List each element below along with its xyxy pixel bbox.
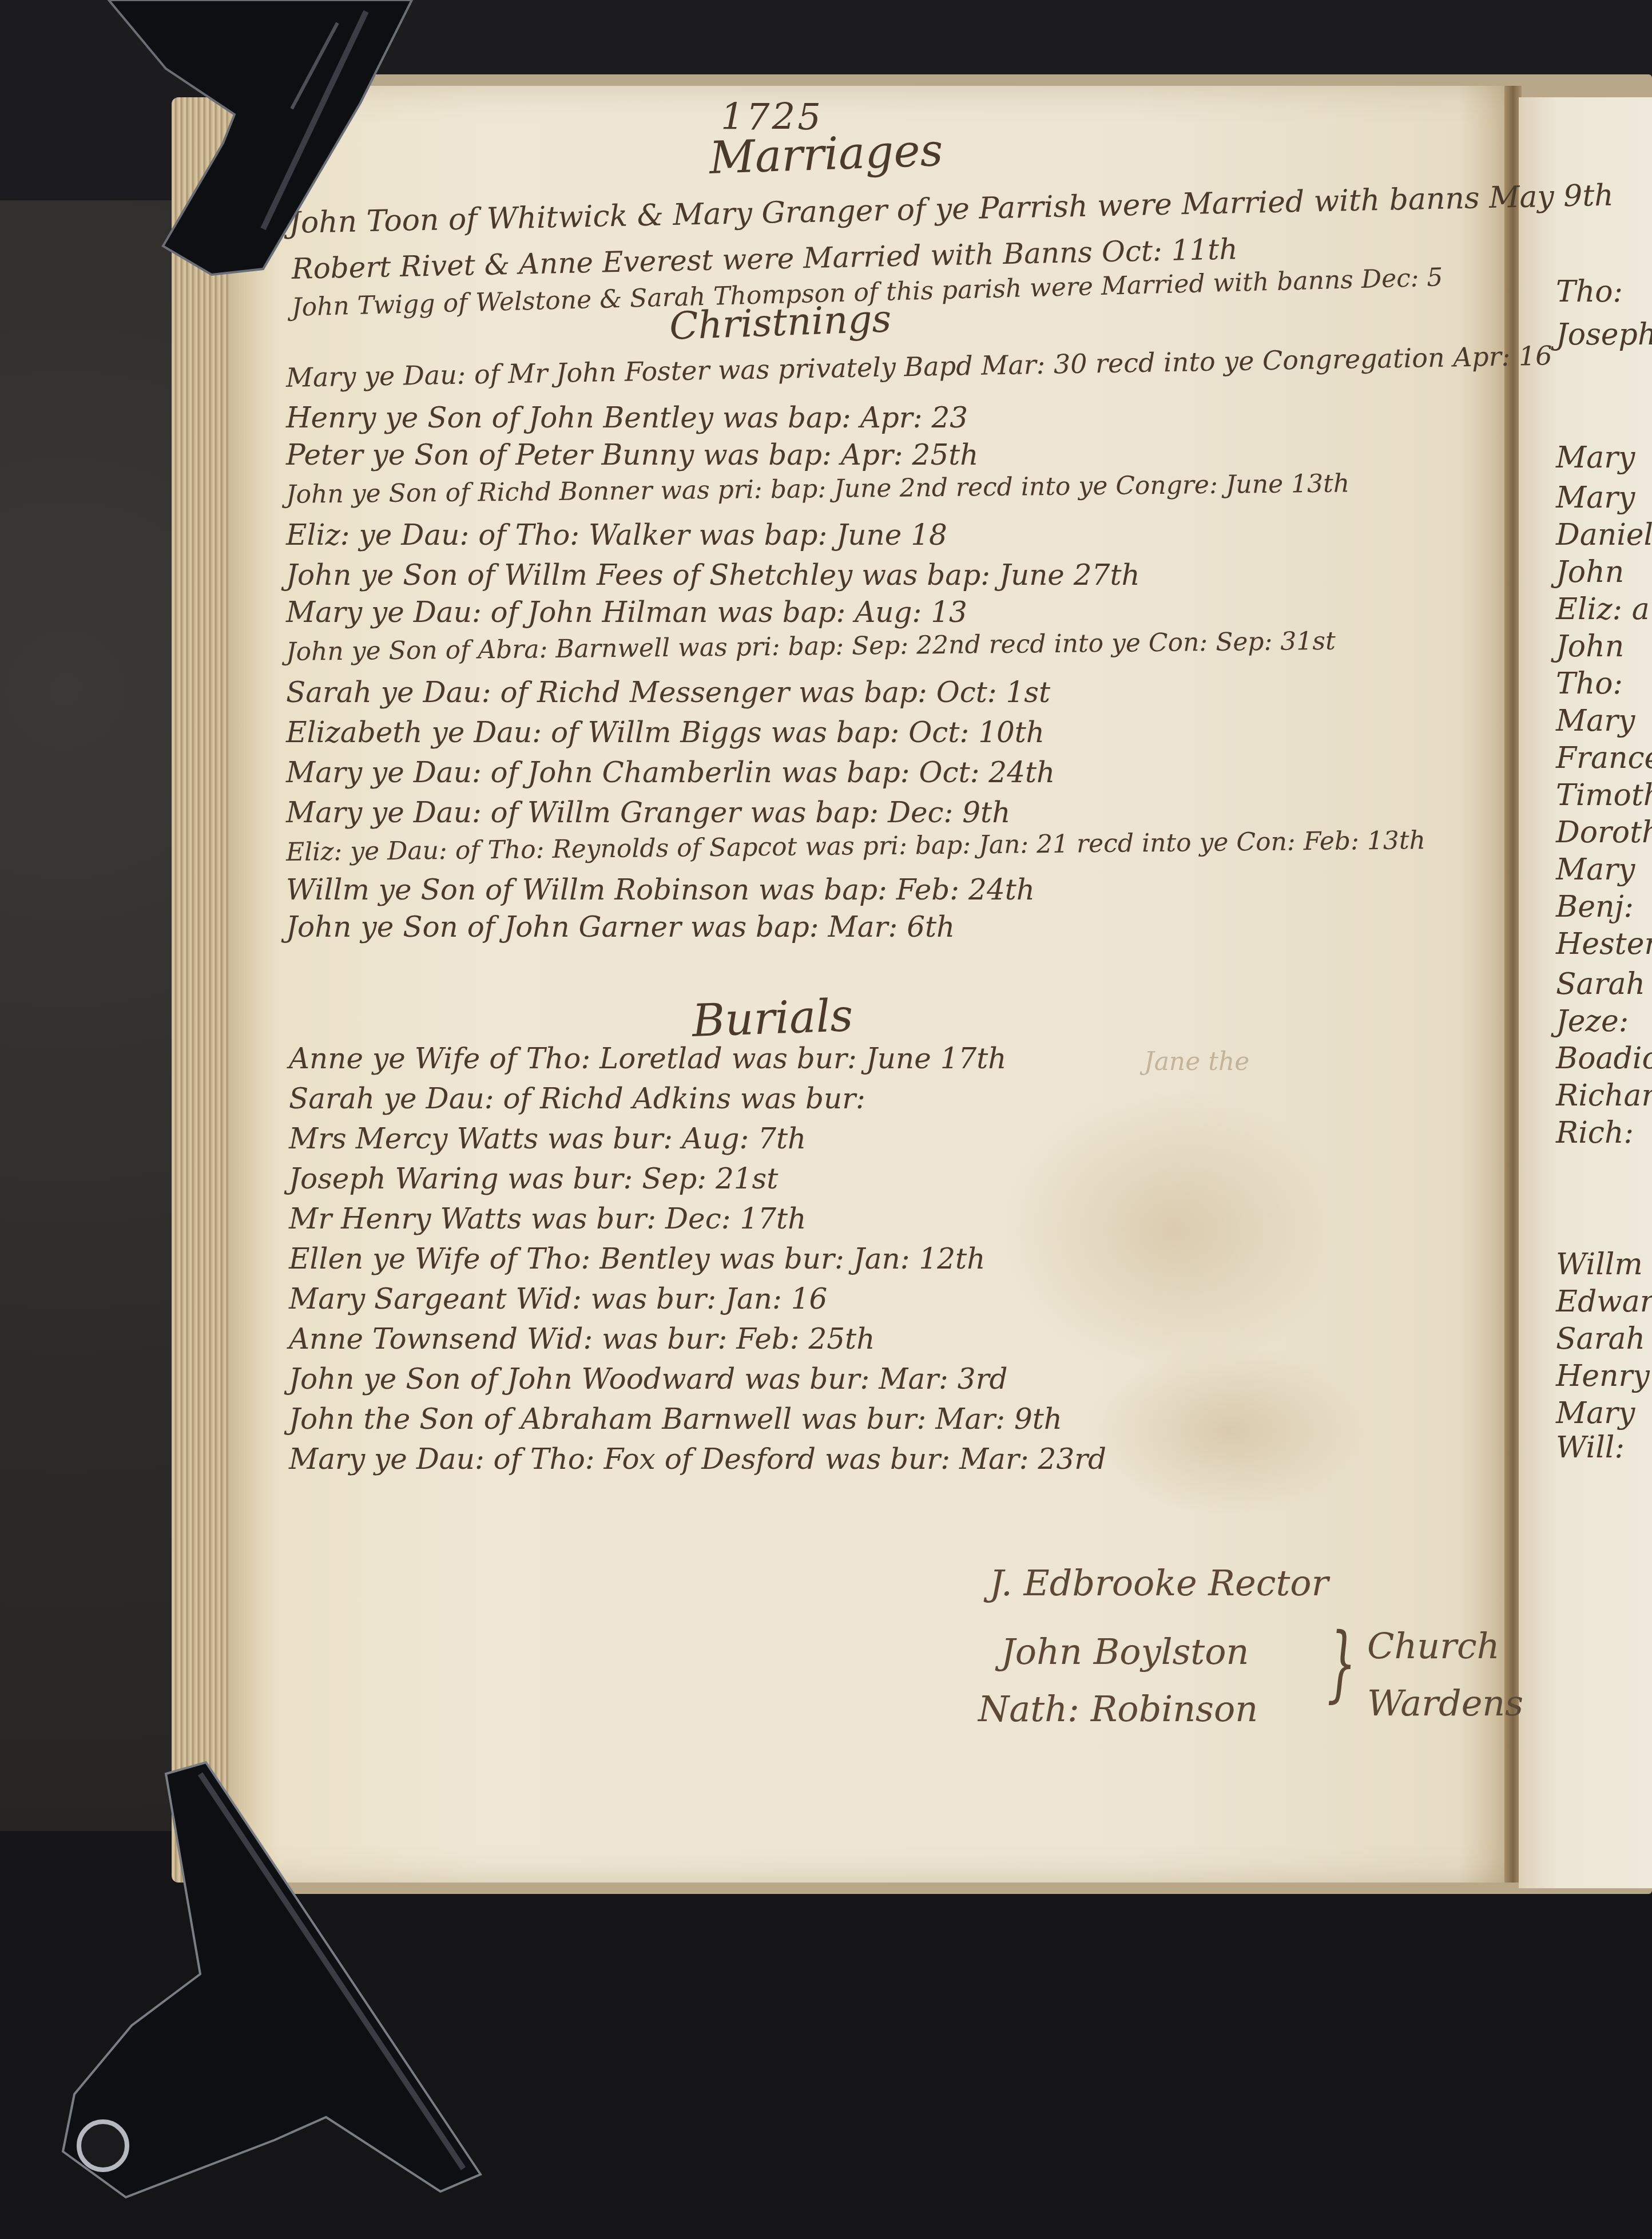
facing-page-fragment: Frances bbox=[1556, 741, 1652, 775]
water-stain bbox=[1087, 1345, 1373, 1516]
facing-page-fragment: Timothy bbox=[1556, 778, 1652, 813]
facing-page-fragment: Richard bbox=[1556, 1079, 1652, 1113]
facing-page-fragment: Boadicea bbox=[1556, 1041, 1652, 1076]
bracket-glyph: } bbox=[1327, 1615, 1356, 1711]
water-stain bbox=[1001, 1087, 1344, 1373]
facing-page-fragment: Will: bbox=[1556, 1430, 1625, 1465]
binder-clip-top bbox=[92, 0, 435, 286]
binder-clip-bottom bbox=[29, 1751, 498, 2220]
facing-page-fragment: Mary bbox=[1556, 1396, 1635, 1430]
facing-page-fragment: Jeze: bbox=[1556, 1004, 1629, 1039]
christening-entry: Mary ye Dau: of John Chamberlin was bap:… bbox=[286, 755, 1055, 790]
facing-page-fragment: Mary bbox=[1556, 853, 1635, 887]
churchwarden-signature: Nath: Robinson bbox=[978, 1688, 1258, 1730]
burial-entry: Anne ye Wife of Tho: Loretlad was bur: J… bbox=[289, 1041, 1007, 1076]
facing-page-fragment: Edward bbox=[1556, 1285, 1652, 1319]
facing-page-fragment: Willm bbox=[1556, 1247, 1643, 1282]
christening-entry: Eliz: ye Dau: of Tho: Walker was bap: Ju… bbox=[286, 518, 947, 552]
burial-entry: Mary ye Dau: of Tho: Fox of Desford was … bbox=[289, 1442, 1106, 1476]
facing-page-fragment: Eliz: a bbox=[1556, 592, 1650, 627]
facing-page-fragment: Benj: bbox=[1556, 890, 1634, 924]
facing-page-fragment: Sarah bbox=[1556, 967, 1645, 1001]
christening-entry: Sarah ye Dau: of Richd Messenger was bap… bbox=[286, 675, 1050, 710]
rector-signature: J. Edbrooke Rector bbox=[990, 1562, 1328, 1604]
burials-heading: Burials bbox=[692, 990, 854, 1047]
facing-page-fragment: Mary bbox=[1556, 481, 1635, 515]
christening-entry: John ye Son of John Garner was bap: Mar:… bbox=[286, 910, 955, 944]
burial-entry: Sarah ye Dau: of Richd Adkins was bur: bbox=[289, 1081, 865, 1116]
burial-entry: Ellen ye Wife of Tho: Bentley was bur: J… bbox=[289, 1242, 985, 1276]
christnings-heading: Christnings bbox=[669, 296, 892, 348]
facing-page-fragment: Tho: bbox=[1556, 667, 1623, 701]
churchwarden-signature: John Boylston bbox=[1001, 1631, 1249, 1673]
christening-entry: Henry ye Son of John Bentley was bap: Ap… bbox=[286, 401, 968, 435]
facing-page-fragment: Hester bbox=[1556, 927, 1652, 961]
facing-page-fragment: Henry bbox=[1556, 1359, 1650, 1393]
burial-entry: Anne Townsend Wid: was bur: Feb: 25th bbox=[289, 1322, 875, 1356]
facing-page-fragment: John bbox=[1556, 629, 1624, 664]
facing-page-fragment: Dorothy bbox=[1556, 815, 1652, 850]
christening-entry: Mary ye Dau: of John Hilman was bap: Aug… bbox=[286, 595, 967, 629]
burial-entry: Joseph Waring was bur: Sep: 21st bbox=[289, 1162, 778, 1196]
facing-page-fragment: Sarah bbox=[1556, 1322, 1645, 1356]
christening-entry: John ye Son of Willm Fees of Shetchley w… bbox=[286, 558, 1140, 592]
facing-page-fragment: John bbox=[1556, 555, 1624, 589]
burial-entry: John the Son of Abraham Barnwell was bur… bbox=[289, 1402, 1062, 1436]
faint-marginal-note: Jane the bbox=[1144, 1047, 1249, 1076]
christening-entry: Peter ye Son of Peter Bunny was bap: Apr… bbox=[286, 438, 979, 472]
burial-entry: John ye Son of John Woodward was bur: Ma… bbox=[289, 1362, 1008, 1396]
facing-page-fragment: Tho: bbox=[1556, 275, 1623, 309]
facing-page-fragment: Joseph bbox=[1556, 318, 1652, 352]
christening-entry: Elizabeth ye Dau: of Willm Biggs was bap… bbox=[286, 715, 1045, 750]
facing-page-fragment: Daniel bbox=[1556, 518, 1652, 552]
christening-entry: Mary ye Dau: of Willm Granger was bap: D… bbox=[286, 795, 1010, 830]
christening-entry: Willm ye Son of Willm Robinson was bap: … bbox=[286, 873, 1035, 907]
burial-entry: Mr Henry Watts was bur: Dec: 17th bbox=[289, 1202, 806, 1236]
marriages-heading: Marriages bbox=[709, 125, 944, 184]
bracket-label-wardens: Wardens bbox=[1367, 1682, 1523, 1724]
facing-page-fragment: Mary bbox=[1556, 704, 1635, 738]
bracket-label-church: Church bbox=[1367, 1625, 1500, 1667]
burial-entry: Mrs Mercy Watts was bur: Aug: 7th bbox=[289, 1122, 806, 1156]
burial-entry: Mary Sargeant Wid: was bur: Jan: 16 bbox=[289, 1282, 827, 1316]
facing-page-fragment: Rich: bbox=[1556, 1116, 1634, 1150]
facing-page-fragment: Mary bbox=[1556, 441, 1635, 475]
